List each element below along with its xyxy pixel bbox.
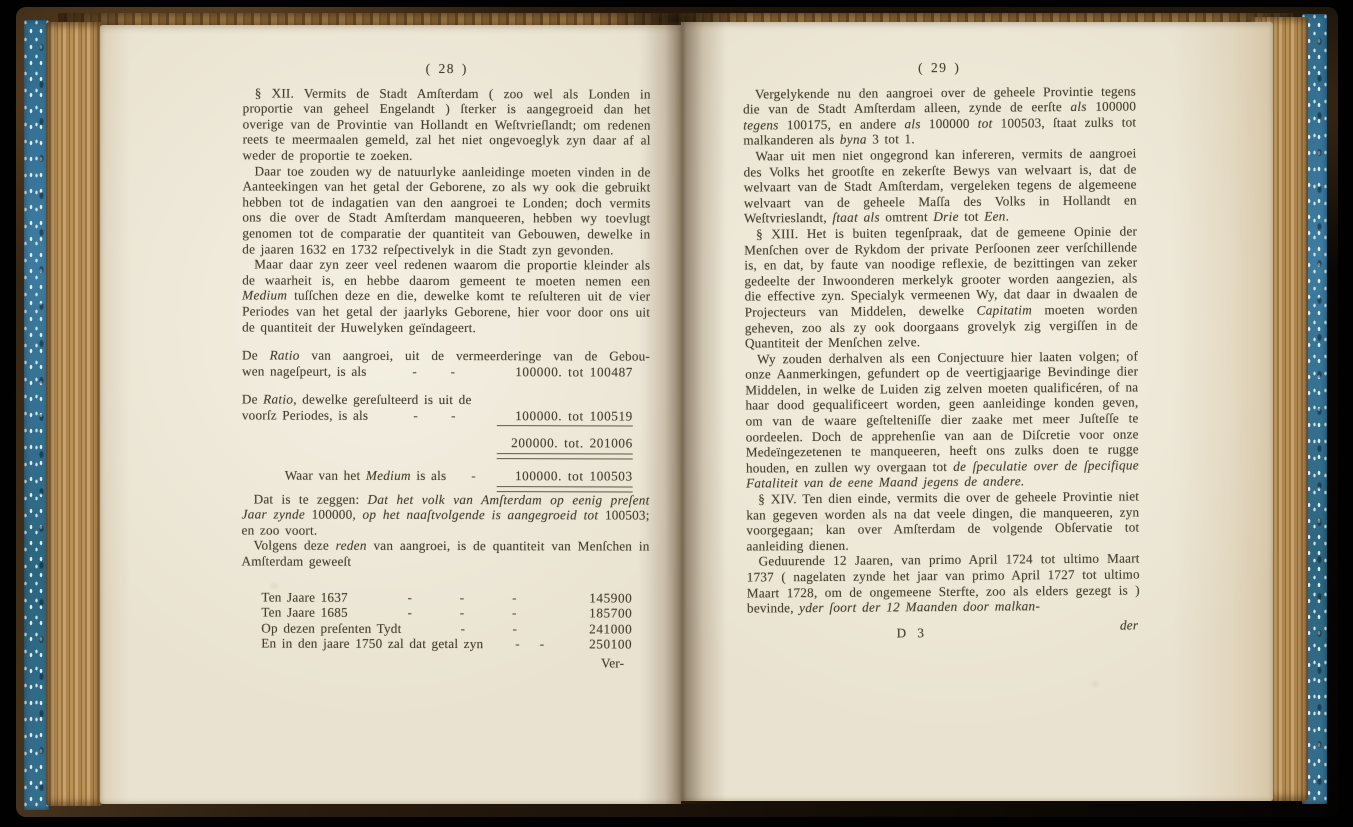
page-edges-left — [46, 22, 102, 806]
page-right: ( 29 ) Vergelykende nu den aangroei over… — [681, 22, 1273, 801]
paragraph-maar-daar: Maar daar zyn zeer veel redenen waarom d… — [242, 257, 650, 336]
row-value: 145900 — [576, 590, 632, 606]
spacer-dash: - — [451, 408, 456, 424]
spacer-dash: - — [407, 605, 412, 621]
signature-mark: D 3 — [896, 625, 927, 641]
spacer-dash: - — [515, 637, 520, 653]
paragraph-xii: § XII. Vermits de Stadt Amſterdam ( zoo … — [243, 85, 651, 164]
paragraph-geduurende: Geduurende 12 Jaaren, van primo April 17… — [747, 551, 1140, 616]
ratio-1-value: 100000. tot 100487 — [501, 364, 633, 380]
ratio-medium-row: Waar van het Medium is als - 100000. tot… — [242, 468, 650, 485]
ratio-2-line-1: De Ratio, dewelke gereſulteerd is uit de — [242, 392, 650, 409]
row-dashes: -- — [483, 637, 576, 653]
spacer-dash: - — [512, 621, 517, 637]
row-dashes: -- — [401, 621, 576, 637]
spacer-dash: - — [407, 590, 412, 606]
ratio-sum-row: 200000. tot. 201006 — [242, 435, 650, 452]
ratio-medium-dashes: - — [446, 468, 500, 484]
paragraph-dat-is-te-zeggen: Dat is te zeggen: Dat het volk van Amſte… — [242, 491, 650, 539]
sum-rule — [497, 426, 633, 427]
ratio-statement-1: De Ratio van aangroei, uit de vermeerder… — [242, 348, 650, 380]
row-label: Ten Jaare 1637 — [261, 589, 347, 605]
signature-row: D 3 der — [747, 623, 1140, 644]
paragraph-xiv: § XIV. Ten dien einde, vermits die over … — [746, 488, 1139, 553]
row-dashes: --- — [348, 589, 577, 605]
spacer-dash: - — [451, 364, 456, 380]
ratio-statement-2: De Ratio, dewelke gereſulteerd is uit de… — [242, 392, 650, 427]
spacer-dash: - — [460, 590, 465, 606]
ratio-medium-label: Waar van het Medium is als — [242, 468, 447, 484]
table-row-present: Op dezen preſenten Tydt -- 241000 — [261, 620, 649, 637]
ratio-sum-value: 200000. tot. 201006 — [501, 436, 633, 452]
page-number-left: ( 28 ) — [243, 60, 651, 77]
left-text-block: ( 28 ) § XII. Vermits de Stadt Amſterdam… — [241, 60, 651, 671]
row-value: 250100 — [576, 637, 632, 653]
spacer-dash: - — [471, 468, 476, 484]
ratio-1-row: wen nageſpeurt, is als -- 100000. tot 10… — [242, 363, 650, 380]
spacer-dash: - — [461, 621, 466, 637]
population-table: Ten Jaare 1637 --- 145900 Ten Jaare 1685… — [241, 589, 649, 652]
paragraph-wy-zouden: Wy zouden derhalven als een Conjectuure … — [745, 348, 1139, 491]
ratio-2-value: 100000. tot 100519 — [501, 408, 633, 424]
row-dashes: --- — [348, 605, 577, 621]
row-value: 185700 — [576, 606, 632, 622]
catchword-right: der — [1120, 617, 1138, 633]
catchword-left: Ver- — [241, 654, 649, 671]
spacer-dash: - — [460, 605, 465, 621]
row-value: 241000 — [576, 621, 632, 637]
row-label: Op dezen preſenten Tydt — [261, 620, 401, 636]
paragraph-xiii: § XIII. Het is buiten tegenſpraak, dat d… — [744, 223, 1138, 351]
spacer-dash: - — [512, 590, 517, 606]
ratio-2-row: voorſz Periodes, is als -- 100000. tot 1… — [242, 407, 650, 424]
paragraph-daar-toe: Daar toe zouden wy de natuurlyke aanleid… — [242, 163, 650, 258]
sum-double-rule — [497, 453, 633, 459]
spacer-dash: - — [413, 408, 418, 424]
paragraph-waar-uit: Waar uit men niet ongegrond kan inferere… — [743, 145, 1137, 226]
paragraph-volgens-deze: Volgens deze reden van aangroei, is de q… — [241, 538, 649, 570]
ratio-1-line-1: De Ratio van aangroei, uit de vermeerder… — [242, 348, 650, 365]
spacer-dash: - — [540, 637, 545, 653]
ratio-2-dashes: -- — [368, 408, 501, 424]
page-left: ( 28 ) § XII. Vermits de Stadt Amſterdam… — [100, 25, 681, 804]
paragraph-vergelykende: Vergelykende nu den aangroei over de geh… — [743, 83, 1136, 148]
right-text-block: ( 29 ) Vergelykende nu den aangroei over… — [743, 58, 1141, 644]
table-row-1637: Ten Jaare 1637 --- 145900 — [261, 589, 649, 606]
page-number-right: ( 29 ) — [743, 58, 1136, 77]
ratio-1-label: wen nageſpeurt, is als — [242, 363, 367, 379]
table-row-1685: Ten Jaare 1685 --- 185700 — [261, 605, 649, 622]
ratio-1-dashes: -- — [367, 363, 501, 379]
row-label: En in den jaare 1750 zal dat getal zyn — [261, 636, 483, 652]
row-label: Ten Jaare 1685 — [261, 605, 347, 621]
table-row-1750: En in den jaare 1750 zal dat getal zyn -… — [261, 636, 649, 653]
spacer-dash: - — [412, 364, 417, 380]
book-photo: ( 28 ) § XII. Vermits de Stadt Amſterdam… — [0, 0, 1353, 827]
ratio-2-label: voorſz Periodes, is als — [242, 407, 368, 423]
ratio-medium-value: 100000. tot 100503 — [501, 468, 633, 484]
spacer-dash: - — [512, 605, 517, 621]
